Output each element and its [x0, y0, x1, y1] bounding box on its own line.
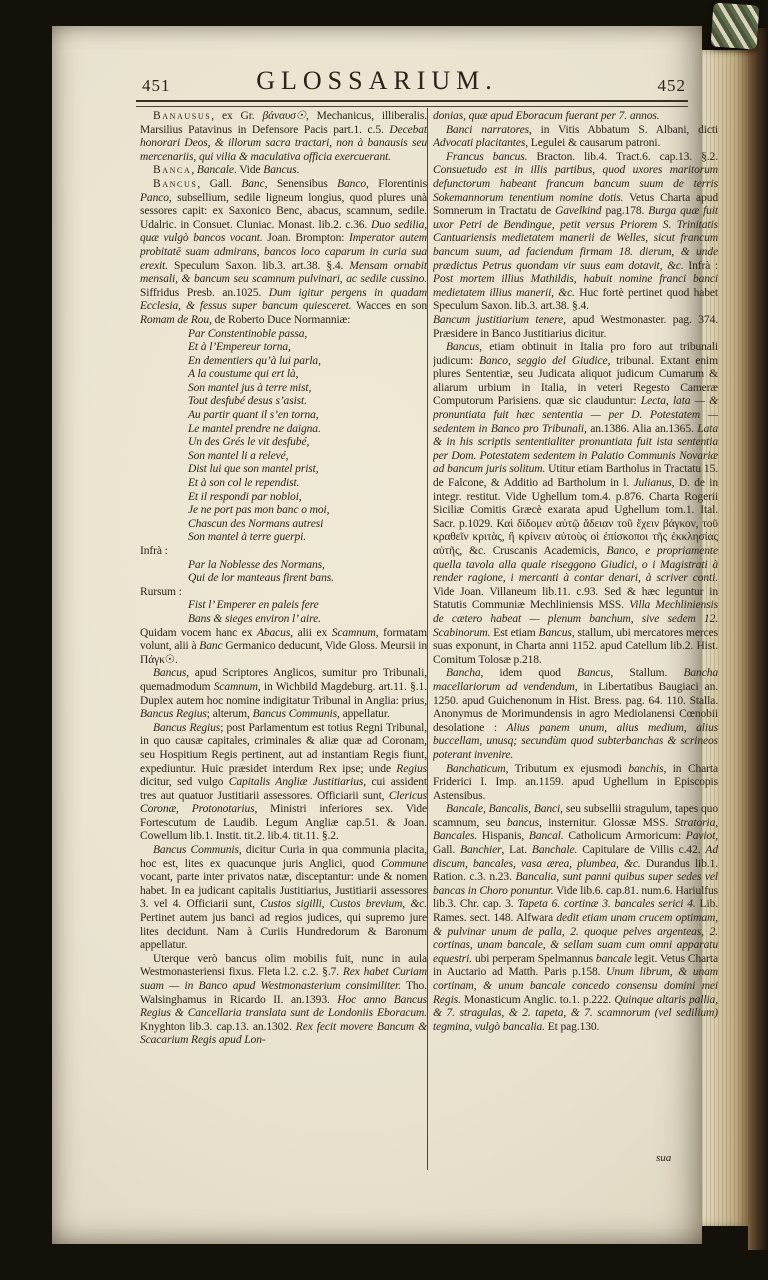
verse-line: Et à son col le rependist.	[188, 477, 427, 491]
verse-line: Bans & sieges environ l’ aire.	[188, 613, 427, 627]
paragraph: Francus bancus. Bracton. lib.4. Tract.6.…	[433, 151, 718, 314]
verse-line: Et il respondi par nobloi,	[188, 491, 427, 505]
verse-quotation: Par la Noblesse des Normans,Qui de lor m…	[188, 559, 427, 586]
verse-line: Je ne port pas mon banc o moi,	[188, 504, 427, 518]
verse-line: Son mantel à terre guerpi.	[188, 531, 427, 545]
verse-line: Au partir quant il s’en torna,	[188, 409, 427, 423]
verse-line: Qui de lor manteaus firent bans.	[188, 572, 427, 586]
book-cover-edge	[748, 28, 768, 1250]
paragraph: Bancus, etiam obtinuit in Italia pro for…	[433, 341, 718, 667]
header-rule	[136, 100, 688, 107]
page-number-right: 452	[658, 76, 687, 96]
verse-line: Et à l’Empereur torna,	[188, 341, 427, 355]
verse-line: Son mantel li a relevé,	[188, 450, 427, 464]
verse-line: Tout desfubé desus s’asist.	[188, 395, 427, 409]
paragraph: Bancus, apud Scriptores Anglicos, sumitu…	[140, 667, 427, 721]
paragraph: Bancus Regius; post Parlamentum est toti…	[140, 722, 427, 844]
verse-line: Chascun des Normans autresi	[188, 518, 427, 532]
paragraph: Quidam vocem hanc ex Abacus, alii ex Sca…	[140, 627, 427, 668]
book-headband	[711, 2, 760, 49]
running-title: GLOSSARIUM.	[52, 66, 702, 96]
verse-line: Fist l’ Emperer en paleis fere	[188, 599, 427, 613]
paragraph: Banca, Bancale. Vide Bancus.	[140, 164, 427, 178]
verse-quotation: Par Constentinoble passa,Et à l’Empereur…	[188, 328, 427, 546]
text-column-left: Banausus, ex Gr. βάναυσ☉, Mechanicus, il…	[140, 110, 427, 1176]
verse-line: Par la Noblesse des Normans,	[188, 559, 427, 573]
verse-label: Rursum :	[140, 586, 427, 600]
paragraph: Uterque verò bancus olim mobilis fuit, n…	[140, 953, 427, 1048]
verse-line: En dementiers qu’à lui parla,	[188, 355, 427, 369]
paragraph: Banchaticum, Tributum ex ejusmodi banchi…	[433, 763, 718, 804]
paragraph: Bancus, Gall. Banc, Senensibus Banco, Fl…	[140, 178, 427, 328]
paragraph: Banausus, ex Gr. βάναυσ☉, Mechanicus, il…	[140, 110, 427, 164]
paragraph: donias, quæ apud Eboracum fuerant per 7.…	[433, 110, 718, 124]
paragraph: Bancum justitiarium tenere, apud Westmon…	[433, 314, 718, 341]
book-photo: 451 GLOSSARIUM. 452 Banausus, ex Gr. βάν…	[0, 0, 768, 1280]
paragraph: Banci narratores, in Vitis Abbatum S. Al…	[433, 124, 718, 151]
column-divider	[427, 108, 428, 1170]
verse-line: Par Constentinoble passa,	[188, 328, 427, 342]
verse-line: Le mantel prendre ne daigna.	[188, 423, 427, 437]
text-column-right: donias, quæ apud Eboracum fuerant per 7.…	[433, 110, 718, 1176]
book-page: 451 GLOSSARIUM. 452 Banausus, ex Gr. βάν…	[52, 26, 702, 1244]
verse-line: A la coustume qui ert là,	[188, 368, 427, 382]
catchword: sua	[656, 1152, 671, 1164]
paragraph: Bancale, Bancalis, Banci, seu subsellii …	[433, 803, 718, 1034]
verse-quotation: Fist l’ Emperer en paleis fereBans & sie…	[188, 599, 427, 626]
paragraph: Bancus Communis, dicitur Curia in qua co…	[140, 844, 427, 953]
paragraph: Bancha, idem quod Bancus, Stallum. Banch…	[433, 667, 718, 762]
verse-line: Dist lui que son mantel prist,	[188, 463, 427, 477]
verse-line: Un des Grés le vit desfubé,	[188, 436, 427, 450]
verse-label: Infrà :	[140, 545, 427, 559]
verse-line: Son mantel jus à terre mist,	[188, 382, 427, 396]
